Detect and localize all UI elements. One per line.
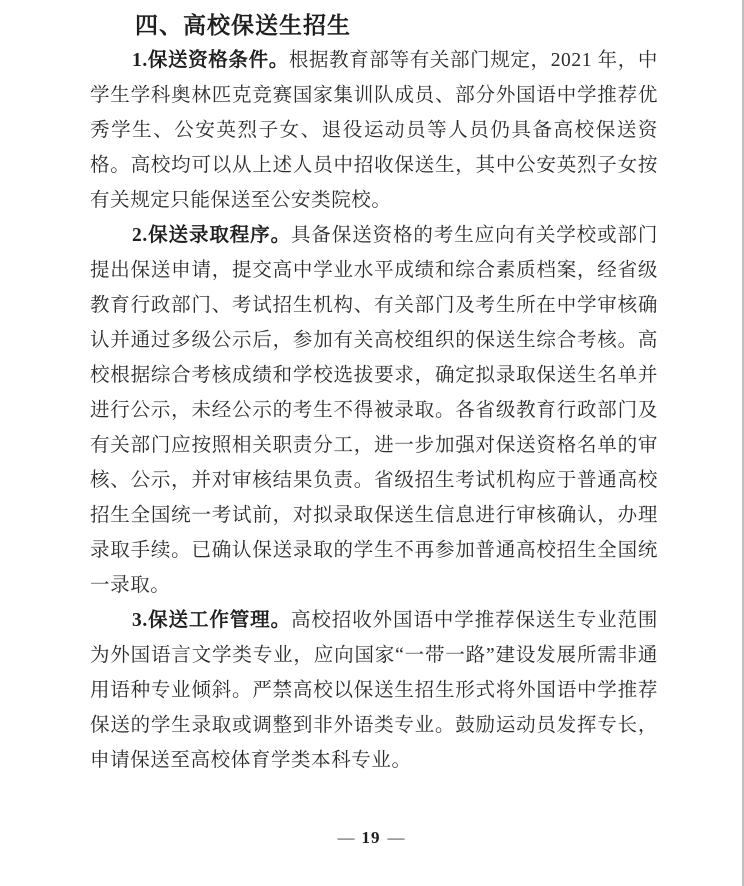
- paragraph-procedure: 2.保送录取程序。具备保送资格的考生应向有关学校或部门提出保送申请，提交高中学业…: [90, 218, 658, 603]
- paragraph-text: 具备保送资格的考生应向有关学校或部门提出保送申请，提交高中学业水平成绩和综合素质…: [90, 225, 658, 596]
- paragraph-lead: 2.保送录取程序。: [132, 225, 291, 246]
- page-footer: —19—: [0, 826, 742, 850]
- footer-dash-left: —: [331, 828, 362, 847]
- paragraph-text: 高校招收外国语中学推荐保送生专业范围为外国语言文学类专业，应向国家“一带一路”建…: [90, 610, 658, 771]
- footer-dash-right: —: [381, 828, 412, 847]
- document-page: 四、高校保送生招生 1.保送资格条件。根据教育部等有关部门规定，2021 年，中…: [0, 0, 744, 886]
- paragraph-text: 根据教育部等有关部门规定，2021 年，中学生学科奥林匹克竞赛国家集训队成员、部…: [90, 50, 658, 211]
- section-heading: 四、高校保送生招生: [90, 8, 658, 43]
- paragraph-eligibility: 1.保送资格条件。根据教育部等有关部门规定，2021 年，中学生学科奥林匹克竞赛…: [90, 43, 658, 218]
- paragraph-management: 3.保送工作管理。高校招收外国语中学推荐保送生专业范围为外国语言文学类专业，应向…: [90, 603, 658, 778]
- paragraph-lead: 3.保送工作管理。: [132, 610, 291, 631]
- page-number: 19: [362, 828, 381, 847]
- document-body: 四、高校保送生招生 1.保送资格条件。根据教育部等有关部门规定，2021 年，中…: [90, 8, 658, 778]
- paragraph-lead: 1.保送资格条件。: [132, 50, 289, 71]
